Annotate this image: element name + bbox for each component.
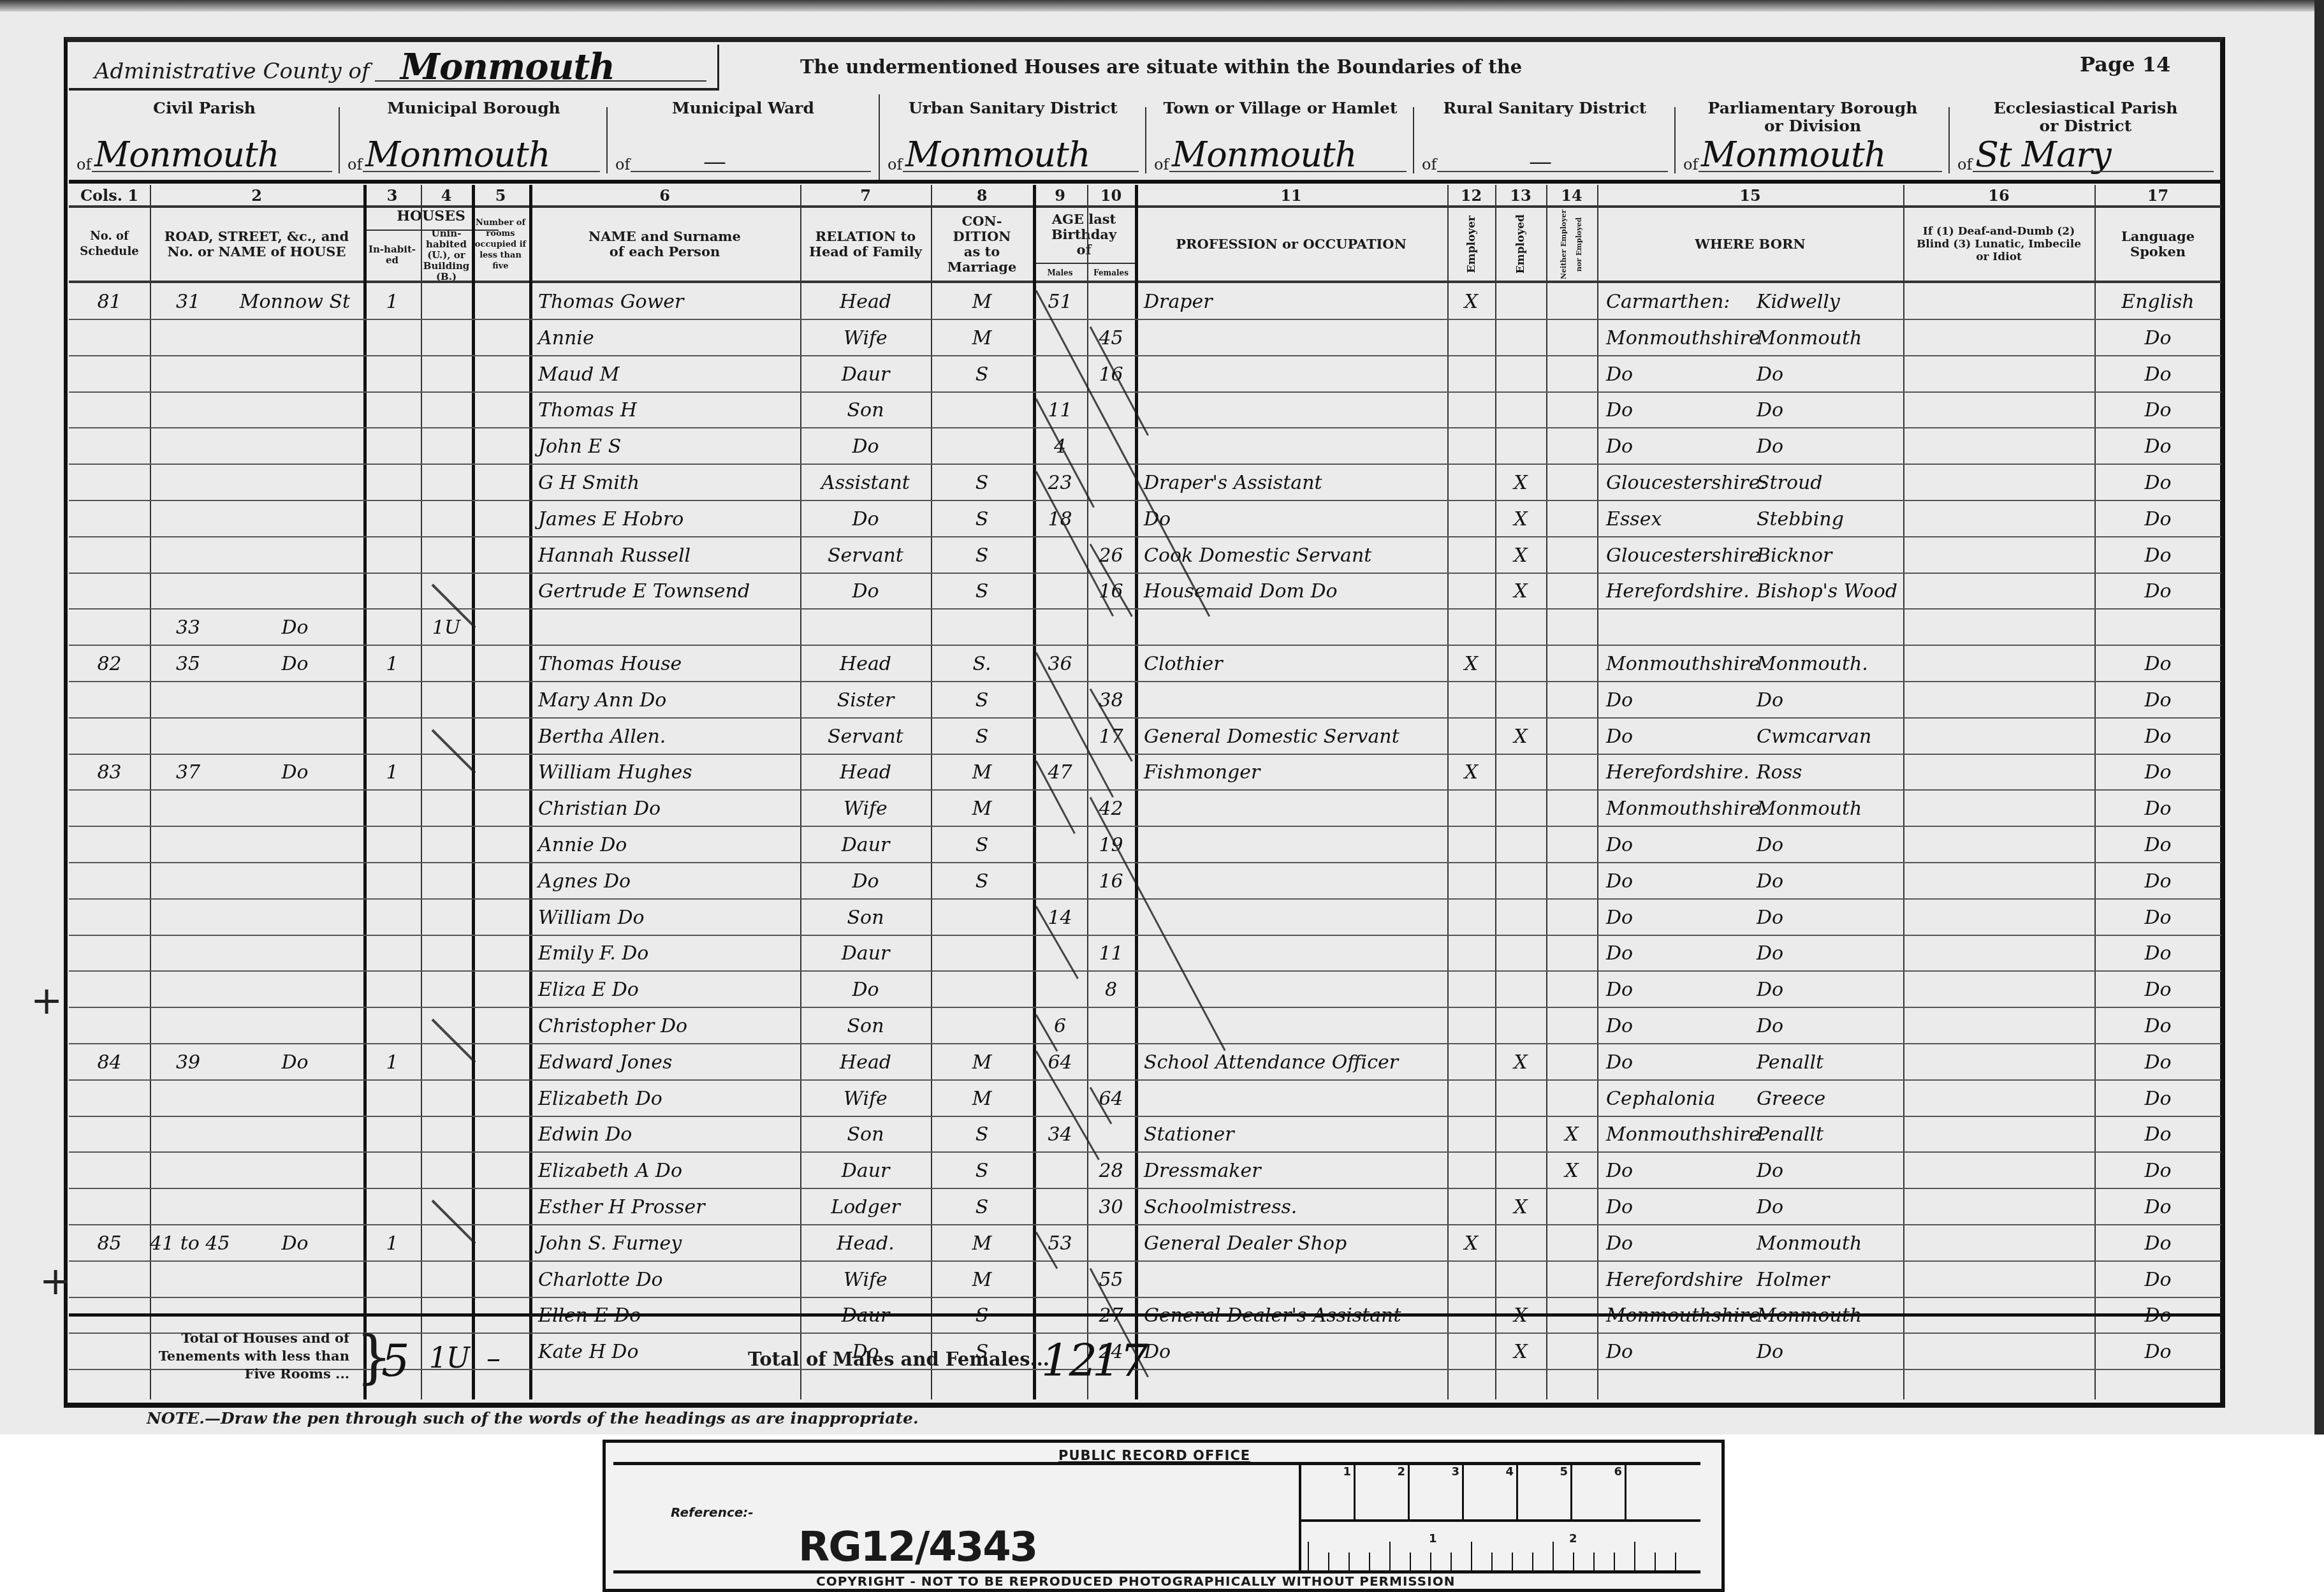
scale-tick	[1532, 1552, 1533, 1570]
scale-tick	[1655, 1552, 1656, 1570]
cell-born-place: Do	[1757, 1153, 1903, 1189]
copyright-notice: COPYRIGHT - NOT TO BE REPRODUCED PHOTOGR…	[816, 1574, 1455, 1589]
cell-born-county: Do	[1597, 393, 1757, 428]
col-num: Cols. 1	[69, 186, 150, 205]
district-value: St Mary	[1975, 135, 2111, 175]
cell-born-place: Do	[1757, 429, 1903, 465]
cell-language: Do	[2094, 1153, 2221, 1189]
district-label: Town or Village or Hamlet	[1146, 99, 1414, 117]
cell-rooms	[472, 828, 529, 863]
cell-born-place: Monmouth	[1757, 1226, 1903, 1262]
cell-rooms	[472, 864, 529, 900]
cell-road-name: Monnow St	[226, 284, 363, 320]
cell-schedule	[69, 936, 150, 972]
table-row: 8235Do1Thomas HouseHeadS.36ClothierXMonm…	[69, 646, 2221, 682]
cell-road-name: Do	[226, 646, 363, 682]
district-label: Civil Parish	[69, 99, 340, 117]
cell-rooms	[472, 683, 529, 719]
cell-employer	[1447, 972, 1495, 1008]
district-label: Urban Sanitary District	[880, 99, 1146, 117]
cell-age-m	[1033, 1190, 1087, 1225]
cell-relation: Head	[800, 755, 931, 791]
cell-inhabited	[363, 538, 421, 574]
district-underline	[903, 171, 1139, 172]
cell-age-f: 55	[1087, 1262, 1135, 1298]
district-value: Monmouth	[1701, 135, 1886, 175]
cell-employer	[1447, 1153, 1495, 1189]
header-rooms: Number of rooms occupied if less than fi…	[472, 208, 529, 281]
col-num: 4	[421, 186, 472, 205]
header-uninhabited: Unin-habited (U.), or Building (B.)	[421, 230, 472, 281]
district-underline	[1437, 171, 1668, 172]
cell-relation: Do	[800, 864, 931, 900]
header-employed-text: Employed	[1513, 214, 1528, 274]
cell-name: William Hughes	[529, 755, 800, 791]
header-name: NAME and Surname of each Person	[529, 208, 800, 281]
cell-born-county: Do	[1597, 1190, 1757, 1225]
cell-neither	[1546, 1262, 1597, 1298]
cell-age-m: 6	[1033, 1009, 1087, 1044]
cell-schedule	[69, 574, 150, 610]
cell-relation: Daur	[800, 828, 931, 863]
cell-road-no	[150, 791, 226, 827]
margin-cross-mark: +	[31, 979, 62, 1023]
cell-uninhabited	[421, 393, 472, 428]
cell-age-f: 30	[1087, 1190, 1135, 1225]
cell-born-county: Do	[1597, 1009, 1757, 1044]
cell-occupation	[1135, 683, 1447, 719]
cell-born-county: Do	[1597, 357, 1757, 393]
measurement-scale: 1 2 3 4 5 6 1 2	[1299, 1465, 1700, 1570]
cell-born-place: Stroud	[1757, 465, 1903, 501]
cell-rooms	[472, 284, 529, 320]
cell-name: Eliza E Do	[529, 972, 800, 1008]
cell-age-m	[1033, 610, 1087, 646]
cell-name: Mary Ann Do	[529, 683, 800, 719]
cell-language: Do	[2094, 646, 2221, 682]
cell-rooms	[472, 1081, 529, 1117]
totals-females: 17	[1092, 1334, 1148, 1387]
district-row: Civil Parish of Monmouth Municipal Borou…	[69, 94, 2221, 184]
cell-schedule: 81	[69, 284, 150, 320]
district-label: Rural Sanitary District	[1414, 99, 1676, 117]
cell-road-name	[226, 1190, 363, 1225]
cell-road-name	[226, 683, 363, 719]
cell-neither: X	[1546, 1153, 1597, 1189]
cell-uninhabited	[421, 321, 472, 356]
cell-road-name	[226, 972, 363, 1008]
district-civil-parish: Civil Parish of Monmouth	[69, 94, 340, 180]
cell-employer	[1447, 1262, 1495, 1298]
cell-inhabited	[363, 574, 421, 610]
cell-born-county: Do	[1597, 900, 1757, 936]
cell-employer	[1447, 864, 1495, 900]
cell-infirmity	[1903, 610, 2094, 646]
scale-label: 3	[1410, 1465, 1464, 1519]
cell-road-name	[226, 900, 363, 936]
cell-occupation	[1135, 393, 1447, 428]
cell-age-m	[1033, 791, 1087, 827]
scan-edge-right	[2314, 0, 2324, 1435]
cell-employed	[1495, 1009, 1546, 1044]
cell-road-no	[150, 393, 226, 428]
cell-inhabited	[363, 791, 421, 827]
cell-inhabited	[363, 936, 421, 972]
cell-age-f	[1087, 465, 1135, 501]
cell-age-m	[1033, 864, 1087, 900]
cell-occupation: Stationer	[1135, 1117, 1447, 1153]
cell-condition: S	[931, 538, 1033, 574]
table-row: 33Do1U	[69, 610, 2221, 646]
cell-born-place: Holmer	[1757, 1262, 1903, 1298]
cell-road-name	[226, 719, 363, 755]
cell-employed: X	[1495, 465, 1546, 501]
cell-neither	[1546, 465, 1597, 501]
cell-schedule	[69, 321, 150, 356]
cell-born-county: Monmouthshire	[1597, 646, 1757, 682]
scale-tick	[1369, 1552, 1370, 1570]
cell-inhabited	[363, 502, 421, 537]
cell-condition: S	[931, 719, 1033, 755]
cell-road-no: 41 to 45	[150, 1226, 226, 1262]
cell-language: Do	[2094, 683, 2221, 719]
col-num: 2	[150, 186, 363, 205]
cell-relation: Son	[800, 393, 931, 428]
cell-occupation	[1135, 1009, 1447, 1044]
cell-born-county: Do	[1597, 972, 1757, 1008]
census-page: Administrative County of Monmouth The un…	[0, 0, 2324, 1435]
cell-language: Do	[2094, 972, 2221, 1008]
cell-name: Thomas Gower	[529, 284, 800, 320]
cell-age-f	[1087, 900, 1135, 936]
scale-tick	[1512, 1552, 1513, 1570]
district-value: Monmouth	[365, 135, 550, 175]
col-num: 6	[529, 186, 800, 205]
cell-employed	[1495, 429, 1546, 465]
cell-name: Thomas H	[529, 393, 800, 428]
scale-tick	[1573, 1552, 1574, 1570]
header-age: AGE last Birthday of	[1033, 208, 1135, 261]
cell-employed	[1495, 1226, 1546, 1262]
cell-schedule	[69, 502, 150, 537]
cell-infirmity	[1903, 646, 2094, 682]
cell-road-name: Do	[226, 1045, 363, 1081]
table-row: AnnieWifeM45MonmouthshireMonmouthDo	[69, 321, 2221, 356]
cell-relation: Daur	[800, 1153, 931, 1189]
cell-infirmity	[1903, 465, 2094, 501]
table-row: 8439Do1Edward JonesHeadM64School Attenda…	[69, 1045, 2221, 1081]
cell-employer	[1447, 900, 1495, 936]
cell-employer	[1447, 791, 1495, 827]
col-num: 11	[1135, 186, 1447, 205]
cell-age-f	[1087, 429, 1135, 465]
table-row: Christian DoWifeM42Monmouthshire.Monmout…	[69, 791, 2221, 827]
cell-road-no	[150, 538, 226, 574]
col-num: 3	[363, 186, 421, 205]
cell-schedule: 84	[69, 1045, 150, 1081]
cell-born-county: Gloucestershire:	[1597, 465, 1757, 501]
cell-rooms	[472, 465, 529, 501]
table-row: Charlotte DoWifeM55HerefordshireHolmerDo	[69, 1262, 2221, 1298]
cell-schedule	[69, 828, 150, 863]
cell-relation: Head	[800, 1045, 931, 1081]
cell-infirmity	[1903, 683, 2094, 719]
cell-relation: Wife	[800, 321, 931, 356]
reference-strip: PUBLIC RECORD OFFICE Reference:- RG12/43…	[603, 1440, 1725, 1592]
cell-road-name	[226, 393, 363, 428]
cell-age-m	[1033, 538, 1087, 574]
cell-road-no	[150, 1190, 226, 1225]
table-row: Thomas HSon11DoDoDo	[69, 393, 2221, 428]
admin-county-underline	[375, 80, 706, 82]
cell-born-place: Do	[1757, 1190, 1903, 1225]
cell-employed	[1495, 755, 1546, 791]
cell-age-f: 26	[1087, 538, 1135, 574]
cell-born-place: Do	[1757, 1009, 1903, 1044]
cell-schedule	[69, 900, 150, 936]
cell-born-place: Do	[1757, 936, 1903, 972]
cell-condition: M	[931, 791, 1033, 827]
table-row: Hannah RussellServantS26Cook Domestic Se…	[69, 538, 2221, 574]
cell-infirmity	[1903, 1153, 2094, 1189]
cell-employer	[1447, 719, 1495, 755]
scale-label: 5	[1518, 1465, 1572, 1519]
cell-language: Do	[2094, 574, 2221, 610]
cell-inhabited	[363, 900, 421, 936]
cell-relation: Wife	[800, 1081, 931, 1117]
cell-born-place: Monmouth.	[1757, 646, 1903, 682]
cell-employer	[1447, 610, 1495, 646]
cell-schedule	[69, 538, 150, 574]
cell-inhabited	[363, 610, 421, 646]
cell-age-m	[1033, 357, 1087, 393]
cell-born-place: Bicknor	[1757, 538, 1903, 574]
cell-road-name	[226, 828, 363, 863]
cell-born-county: Essex	[1597, 502, 1757, 537]
cell-age-m	[1033, 1153, 1087, 1189]
cell-road-name	[226, 1081, 363, 1117]
cell-language: Do	[2094, 321, 2221, 356]
table-row: Emily F. DoDaur11DoDoDo	[69, 936, 2221, 972]
cell-condition: S.	[931, 646, 1033, 682]
scale-label: 1	[1301, 1465, 1356, 1519]
cell-occupation	[1135, 828, 1447, 863]
col-num: 14	[1546, 186, 1597, 205]
cell-uninhabited	[421, 1117, 472, 1153]
scale-tick	[1614, 1552, 1615, 1570]
cell-inhabited	[363, 393, 421, 428]
scale-top: 1 2 3 4 5 6	[1301, 1465, 1700, 1522]
scale-tick	[1491, 1552, 1493, 1570]
cell-language: Do	[2094, 1262, 2221, 1298]
cell-road-no	[150, 719, 226, 755]
cell-born-county: Herefordshire	[1597, 1262, 1757, 1298]
cell-name: Bertha Allen.	[529, 719, 800, 755]
cell-road-no: 33	[150, 610, 226, 646]
cell-infirmity	[1903, 864, 2094, 900]
cell-condition: S	[931, 683, 1033, 719]
cell-infirmity	[1903, 1190, 2094, 1225]
cell-born-place: Penallt	[1757, 1045, 1903, 1081]
cell-road-name	[226, 538, 363, 574]
district-underline	[1973, 171, 2214, 172]
cell-condition: M	[931, 755, 1033, 791]
cell-born-county: Do	[1597, 1045, 1757, 1081]
cell-name: Edward Jones	[529, 1045, 800, 1081]
cell-road-no	[150, 502, 226, 537]
cell-occupation: General Domestic Servant	[1135, 719, 1447, 755]
cell-employed: X	[1495, 1190, 1546, 1225]
cell-condition: M	[931, 1081, 1033, 1117]
cell-road-name: Do	[226, 610, 363, 646]
cell-inhabited: 1	[363, 755, 421, 791]
cell-uninhabited	[421, 502, 472, 537]
cell-rooms	[472, 357, 529, 393]
district-of: of	[1422, 156, 1436, 173]
district-urban-sanitary: Urban Sanitary District of Monmouth	[879, 94, 1146, 180]
district-value: Monmouth	[1172, 135, 1357, 175]
cell-condition: M	[931, 284, 1033, 320]
scale-tick	[1328, 1552, 1329, 1570]
cell-age-f: 42	[1087, 791, 1135, 827]
cell-occupation: Schoolmistress.	[1135, 1190, 1447, 1225]
cell-road-no: 37	[150, 755, 226, 791]
cell-relation: Daur	[800, 936, 931, 972]
cell-uninhabited	[421, 864, 472, 900]
cell-occupation: General Dealer Shop	[1135, 1226, 1447, 1262]
header-schedule: No. of Schedule	[69, 208, 150, 281]
scale-label: 6	[1572, 1465, 1626, 1519]
cell-uninhabited	[421, 1153, 472, 1189]
cell-inhabited: 1	[363, 1226, 421, 1262]
admin-county-value: Monmouth	[400, 46, 615, 88]
cell-employer: X	[1447, 1226, 1495, 1262]
cell-name: William Do	[529, 900, 800, 936]
cell-relation: Do	[800, 574, 931, 610]
cell-relation: Do	[800, 502, 931, 537]
cell-name: Christian Do	[529, 791, 800, 827]
cell-relation: Head	[800, 646, 931, 682]
table-row: Gertrude E TownsendDoS16Housemaid Dom Do…	[69, 574, 2221, 610]
col-num: 16	[1903, 186, 2094, 205]
cell-road-name	[226, 1117, 363, 1153]
cell-inhabited	[363, 828, 421, 863]
cell-language: Do	[2094, 502, 2221, 537]
cell-uninhabited	[421, 357, 472, 393]
table-row: Esther H ProsserLodgerS30Schoolmistress.…	[69, 1190, 2221, 1225]
cell-employed	[1495, 936, 1546, 972]
cell-condition: S	[931, 574, 1033, 610]
cell-uninhabited	[421, 683, 472, 719]
cell-relation: Son	[800, 900, 931, 936]
header-males: Males	[1033, 263, 1087, 282]
cell-condition: M	[931, 1226, 1033, 1262]
cell-name: Annie Do	[529, 828, 800, 863]
cell-road-no	[150, 1117, 226, 1153]
cell-road-name	[226, 936, 363, 972]
cell-language: Do	[2094, 1045, 2221, 1081]
cell-rooms	[472, 574, 529, 610]
cell-neither	[1546, 719, 1597, 755]
col-num: 15	[1597, 186, 1903, 205]
cell-schedule: 85	[69, 1226, 150, 1262]
boundaries-heading: The undermentioned Houses are situate wi…	[800, 56, 1522, 78]
district-of: of	[615, 156, 630, 173]
cell-inhabited	[363, 972, 421, 1008]
cell-rooms	[472, 610, 529, 646]
cell-language: Do	[2094, 791, 2221, 827]
scale-tick	[1675, 1552, 1676, 1570]
cell-neither	[1546, 828, 1597, 863]
cell-born-county: Cephalonia	[1597, 1081, 1757, 1117]
cell-born-county: Carmarthen:	[1597, 284, 1757, 320]
cell-employer	[1447, 1117, 1495, 1153]
cell-neither	[1546, 900, 1597, 936]
column-numbers: Cols. 1 2 3 4 5 6 7 8 9 10 11 12 13 14 1…	[69, 185, 2221, 208]
cell-uninhabited	[421, 429, 472, 465]
column-headers: No. of Schedule ROAD, STREET, &c., and N…	[69, 208, 2221, 283]
totals-houses-label: Total of Houses and of Tenements with le…	[158, 1329, 349, 1383]
scale-tick	[1308, 1542, 1309, 1570]
district-of: of	[888, 156, 902, 173]
cell-infirmity	[1903, 502, 2094, 537]
district-rural-sanitary: Rural Sanitary District of —	[1414, 94, 1676, 180]
cell-neither	[1546, 1190, 1597, 1225]
cell-employed	[1495, 284, 1546, 320]
cell-infirmity	[1903, 828, 2094, 863]
cell-rooms	[472, 1262, 529, 1298]
cell-age-f: 8	[1087, 972, 1135, 1008]
cell-neither	[1546, 610, 1597, 646]
cell-schedule	[69, 1081, 150, 1117]
cell-born-place: Do	[1757, 864, 1903, 900]
scale-tick	[1348, 1552, 1350, 1570]
cell-schedule	[69, 1262, 150, 1298]
header-relation: RELATION to Head of Family	[800, 208, 931, 281]
cell-uninhabited	[421, 900, 472, 936]
cell-occupation	[1135, 900, 1447, 936]
cell-infirmity	[1903, 1009, 2094, 1044]
cell-schedule	[69, 1117, 150, 1153]
cell-relation: Wife	[800, 791, 931, 827]
cell-rooms	[472, 393, 529, 428]
table-row: Edwin DoSonS34StationerXMonmouthshire.Pe…	[69, 1117, 2221, 1153]
cell-born-county: Gloucestershire	[1597, 538, 1757, 574]
district-underline	[631, 171, 871, 172]
cell-born-county: Do	[1597, 828, 1757, 863]
cell-employed	[1495, 1262, 1546, 1298]
cell-born-county: Do	[1597, 1153, 1757, 1189]
cell-road-name	[226, 1009, 363, 1044]
cell-language: Do	[2094, 719, 2221, 755]
scan-edge-top	[0, 0, 2324, 11]
cell-age-f: 28	[1087, 1153, 1135, 1189]
header-females: Females	[1087, 263, 1135, 282]
cell-occupation	[1135, 972, 1447, 1008]
cell-rooms	[472, 538, 529, 574]
cell-name: Maud M	[529, 357, 800, 393]
cell-employed	[1495, 1153, 1546, 1189]
cell-age-m: 34	[1033, 1117, 1087, 1153]
cell-born-place: Kidwelly	[1757, 284, 1903, 320]
cell-neither	[1546, 1009, 1597, 1044]
reference-code: RG12/4343	[798, 1524, 1037, 1571]
cell-name: Christopher Do	[529, 1009, 800, 1044]
cell-employer	[1447, 1190, 1495, 1225]
col-num: 7	[800, 186, 931, 205]
district-of: of	[1957, 156, 1972, 173]
cell-rooms	[472, 646, 529, 682]
